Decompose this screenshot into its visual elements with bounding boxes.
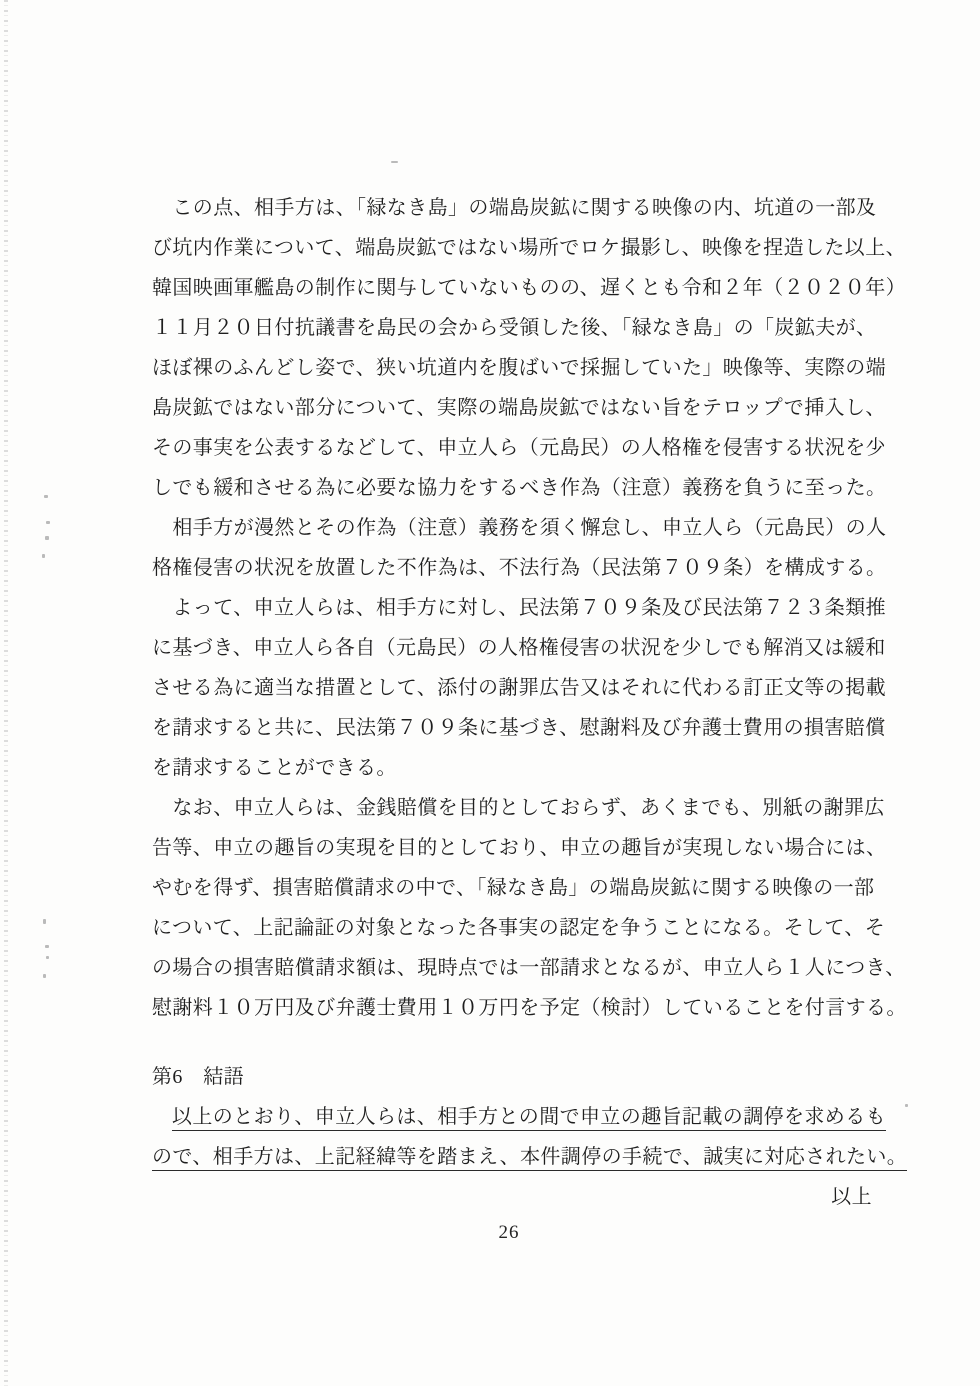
body-line: を請求することができる。 — [152, 748, 886, 788]
scan-edge-noise — [4, 0, 8, 1386]
body-line: させる為に適当な措置として、添付の謝罪広告又はそれに代わる訂正文等の掲載 — [152, 668, 886, 708]
body-line: 島炭鉱ではない部分について、実際の端島炭鉱ではない旨をテロップで挿入し、 — [152, 388, 886, 428]
body-line: 告等、申立の趣旨の実現を目的としており、申立の趣旨が実現しない場合には、 — [152, 828, 886, 868]
body-line: やむを得ず、損害賠償請求の中で、「緑なき島」の端島炭鉱に関する映像の一部 — [152, 868, 886, 908]
scan-speck — [905, 1104, 908, 1107]
body-line: を請求すると共に、民法第７０９条に基づき、慰謝料及び弁護士費用の損害賠償 — [152, 708, 886, 748]
conclusion-paragraph: 以上のとおり、申立人らは、相手方との間で申立の趣旨記載の調停を求めるも ので、相… — [152, 1097, 886, 1177]
scan-speck — [43, 919, 46, 924]
section-heading: 第6 結語 — [152, 1057, 886, 1097]
body-line: について、上記論証の対象となった各事実の認定を争うことになる。そして、そ — [152, 908, 886, 948]
scan-speck — [44, 495, 48, 498]
scan-speck — [42, 554, 45, 558]
scan-speck — [46, 956, 49, 959]
body-line: 韓国映画軍艦島の制作に関与していないものの、遅くとも令和２年（２０２０年） — [152, 268, 886, 308]
body-line: この点、相手方は、「緑なき島」の端島炭鉱に関する映像の内、坑道の一部及 — [152, 188, 886, 228]
conclusion-line: 以上のとおり、申立人らは、相手方との間で申立の趣旨記載の調停を求めるも — [152, 1097, 886, 1137]
underlined-text: 以上のとおり、申立人らは、相手方との間で申立の趣旨記載の調停を求めるも — [172, 1106, 886, 1131]
body-line: 慰謝料１０万円及び弁護士費用１０万円を予定（検討）していることを付言する。 — [152, 988, 886, 1028]
document-page: この点、相手方は、「緑なき島」の端島炭鉱に関する映像の内、坑道の一部及 び坑内作… — [0, 0, 980, 1386]
body-line: よって、申立人らは、相手方に対し、民法第７０９条及び民法第７２３条類推 — [152, 588, 886, 628]
body-line: しでも緩和させる為に必要な協力をするべき作為（注意）義務を負うに至った。 — [152, 468, 886, 508]
body-line: 相手方が漫然とその作為（注意）義務を須く懈怠し、申立人ら（元島民）の人 — [152, 508, 886, 548]
body-paragraphs: この点、相手方は、「緑なき島」の端島炭鉱に関する映像の内、坑道の一部及 び坑内作… — [152, 188, 886, 1028]
body-line: １１月２０日付抗議書を島民の会から受領した後、「緑なき島」の「炭鉱夫が、 — [152, 308, 886, 348]
conclusion-line: ので、相手方は、上記経緯等を踏まえ、本件調停の手続で、誠実に対応されたい。 — [152, 1137, 886, 1177]
scan-speck — [391, 161, 398, 163]
body-line: その事実を公表するなどして、申立人ら（元島民）の人格権を侵害する状況を少 — [152, 428, 886, 468]
document-content: この点、相手方は、「緑なき島」の端島炭鉱に関する映像の内、坑道の一部及 び坑内作… — [152, 188, 886, 1217]
body-line: の場合の損害賠償請求額は、現時点では一部請求となるが、申立人ら１人につき、 — [152, 948, 886, 988]
scan-speck — [46, 521, 50, 524]
body-line: 格権侵害の状況を放置した不作為は、不法行為（民法第７０９条）を構成する。 — [152, 548, 886, 588]
page-number: 26 — [19, 1222, 980, 1244]
body-line: に基づき、申立人ら各自（元島民）の人格権侵害の状況を少しでも解消又は緩和 — [152, 628, 886, 668]
underlined-text: ので、相手方は、上記経緯等を踏まえ、本件調停の手続で、誠実に対応されたい。 — [152, 1146, 907, 1171]
scan-speck — [45, 536, 49, 540]
scan-speck — [45, 945, 49, 948]
body-line: なお、申立人らは、金銭賠償を目的としておらず、あくまでも、別紙の謝罪広 — [152, 788, 886, 828]
scan-speck — [43, 974, 46, 978]
body-line: び坑内作業について、端島炭鉱ではない場所でロケ撮影し、映像を捏造した以上、 — [152, 228, 886, 268]
body-line: ほぼ裸のふんどし姿で、狭い坑道内を腹ばいで採掘していた」映像等、実際の端 — [152, 348, 886, 388]
closing-statement: 以上 — [152, 1177, 886, 1217]
